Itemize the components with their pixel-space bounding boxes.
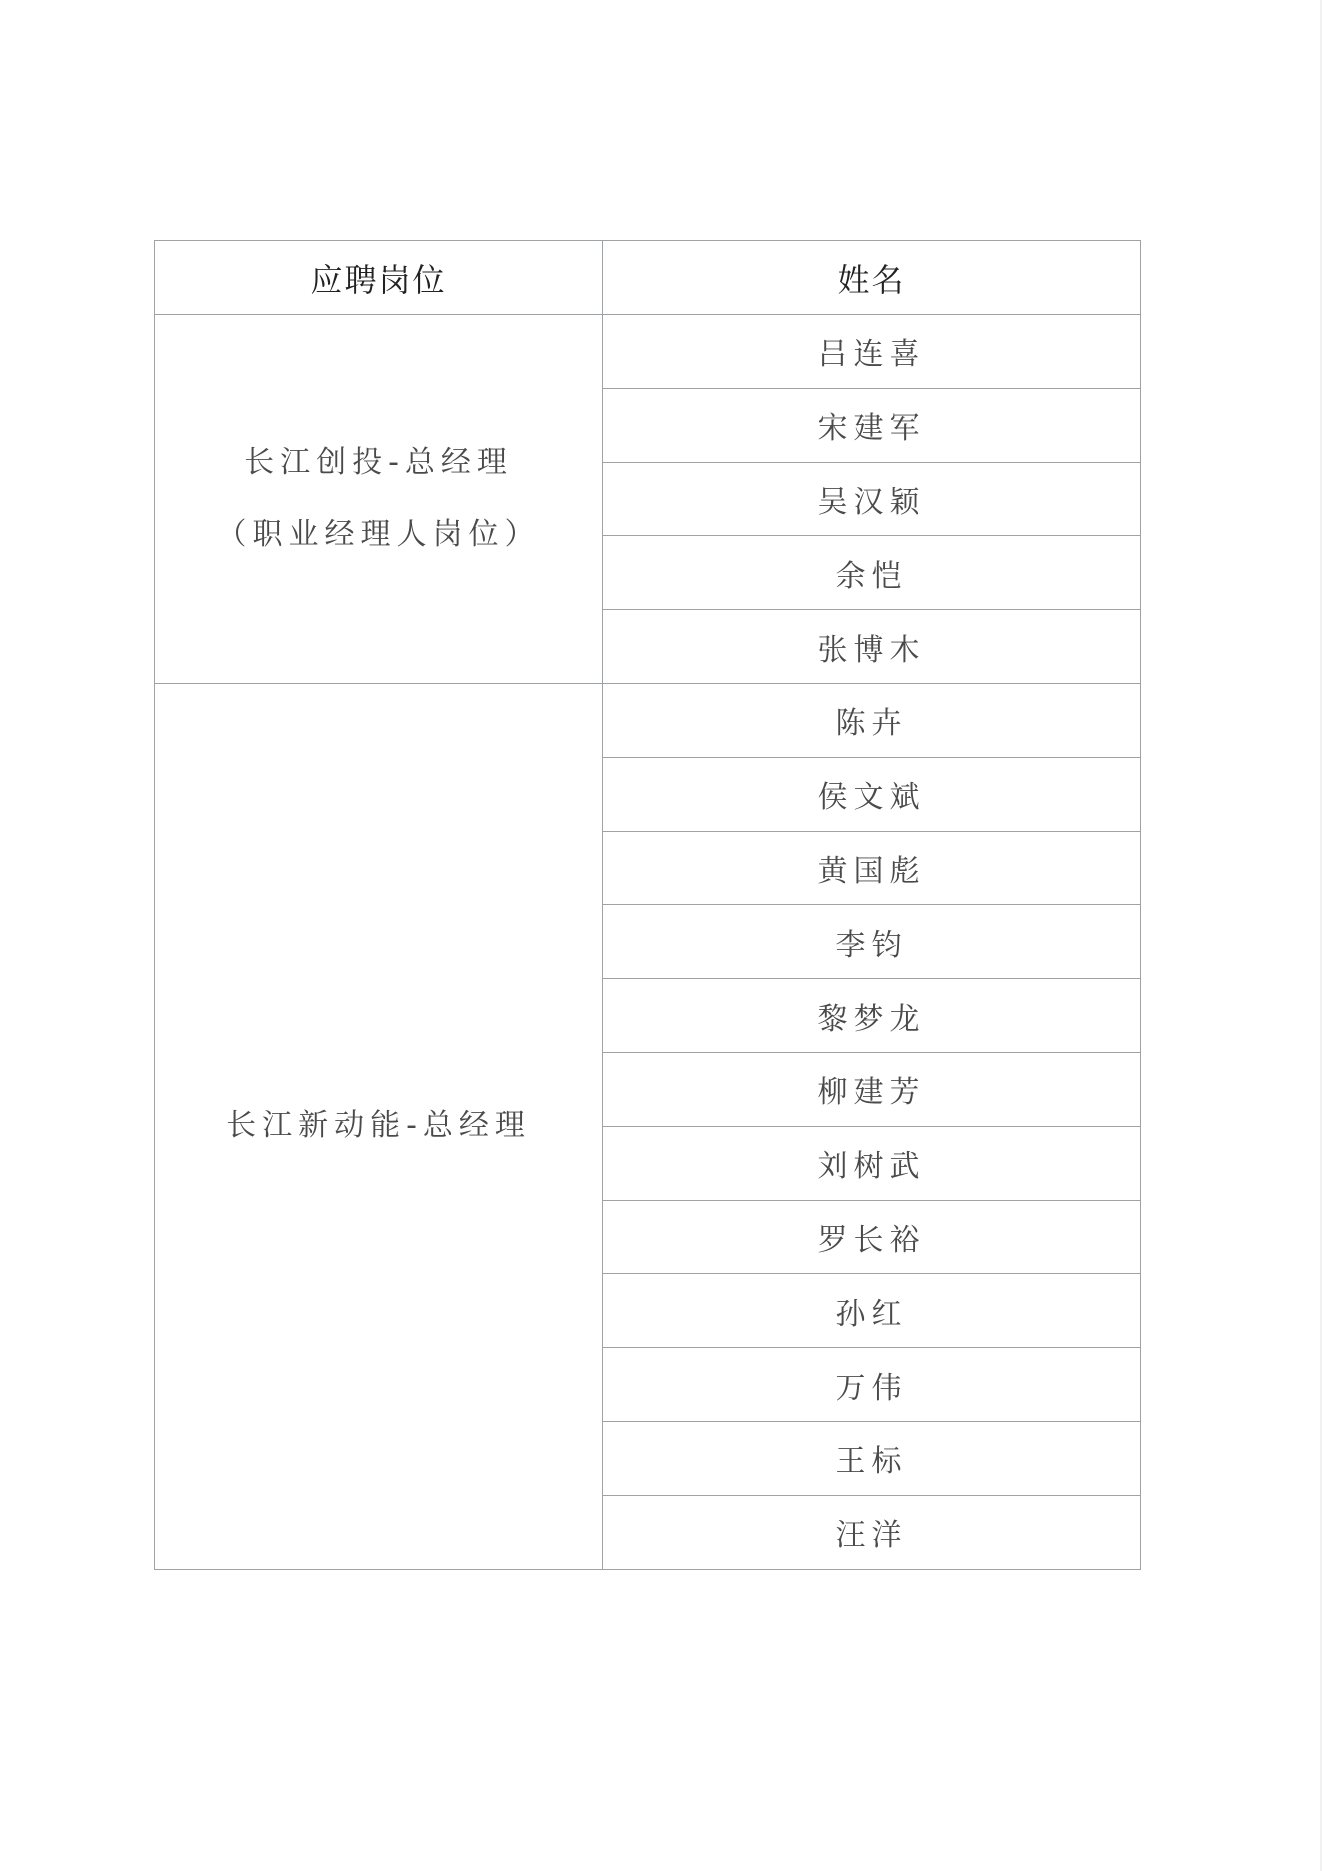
name-cell: 李钧 — [603, 905, 1141, 979]
position-title: 长江创投-总经理 — [155, 427, 602, 499]
header-position: 应聘岗位 — [155, 241, 603, 315]
name-cell: 王标 — [603, 1421, 1141, 1495]
name-cell: 张博木 — [603, 610, 1141, 684]
header-name: 姓名 — [603, 241, 1141, 315]
position-cell: 长江新动能-总经理 — [155, 683, 603, 1569]
name-cell: 陈卉 — [603, 683, 1141, 757]
name-cell: 吕连喜 — [603, 315, 1141, 389]
name-cell: 宋建军 — [603, 388, 1141, 462]
name-cell: 孙红 — [603, 1274, 1141, 1348]
name-cell: 侯文斌 — [603, 757, 1141, 831]
name-cell: 柳建芳 — [603, 1052, 1141, 1126]
name-cell: 余恺 — [603, 536, 1141, 610]
name-cell: 汪洋 — [603, 1495, 1141, 1569]
name-cell: 刘树武 — [603, 1126, 1141, 1200]
position-subtitle: （职业经理人岗位） — [155, 499, 602, 571]
table-header-row: 应聘岗位 姓名 — [155, 241, 1141, 315]
position-title: 长江新动能-总经理 — [155, 1090, 602, 1162]
name-cell: 吴汉颖 — [603, 462, 1141, 536]
applicant-table: 应聘岗位 姓名 长江创投-总经理 （职业经理人岗位） 吕连喜 宋建军 吴汉颖 余… — [154, 240, 1141, 1570]
name-cell: 黎梦龙 — [603, 979, 1141, 1053]
name-cell: 万伟 — [603, 1348, 1141, 1422]
name-cell: 罗长裕 — [603, 1200, 1141, 1274]
position-cell: 长江创投-总经理 （职业经理人岗位） — [155, 315, 603, 684]
table-row: 长江创投-总经理 （职业经理人岗位） 吕连喜 — [155, 315, 1141, 389]
table-row: 长江新动能-总经理 陈卉 — [155, 683, 1141, 757]
name-cell: 黄国彪 — [603, 831, 1141, 905]
